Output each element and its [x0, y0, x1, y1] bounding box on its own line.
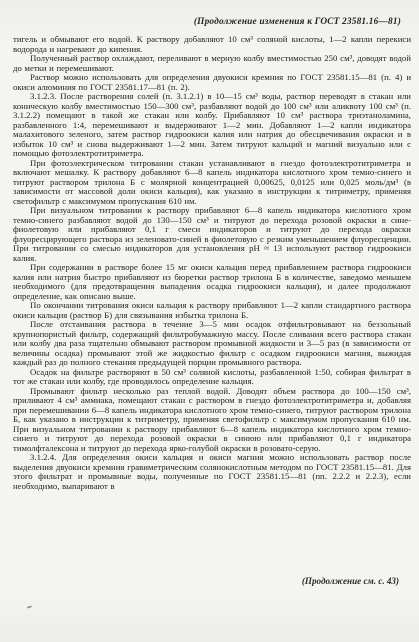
scan-speck	[27, 606, 32, 609]
paragraph-continuation: тигель и обмывают его водой. К раствору …	[13, 35, 411, 54]
paragraph-clause-3-1-2-3: 3.1.2.3. После растворения солей (п. 3.1…	[13, 92, 411, 159]
paragraph: Полученный раствор охлаждают, переливают…	[13, 54, 411, 73]
paragraph: При визуальном титровании к раствору при…	[13, 206, 411, 263]
paragraph: По окончании титрования окиси кальция к …	[13, 301, 411, 320]
paragraph: Осадок на фильтре растворяют в 50 см³ со…	[13, 368, 411, 387]
document-body: тигель и обмывают его водой. К раствору …	[13, 35, 411, 491]
paragraph: При содержании в растворе более 15 мг ок…	[13, 263, 411, 301]
continuation-header-note: (Продолжение изменения к ГОСТ 23581.16—8…	[0, 17, 401, 27]
scanned-document-page: (Продолжение изменения к ГОСТ 23581.16—8…	[0, 0, 419, 642]
paragraph-clause-3-1-2-4: 3.1.2.4. Для определения окиси кальция и…	[13, 453, 411, 491]
paragraph: После отстаивания раствора в течение 3—5…	[13, 320, 411, 368]
paragraph: При фотоэлектрическом титровании стакан …	[13, 159, 411, 207]
continuation-footer-note: (Продолжение см. с. 43)	[0, 576, 399, 586]
paragraph: Промывают фильтр несколько раз теплой во…	[13, 387, 411, 454]
paragraph: Раствор можно использовать для определен…	[13, 73, 411, 92]
